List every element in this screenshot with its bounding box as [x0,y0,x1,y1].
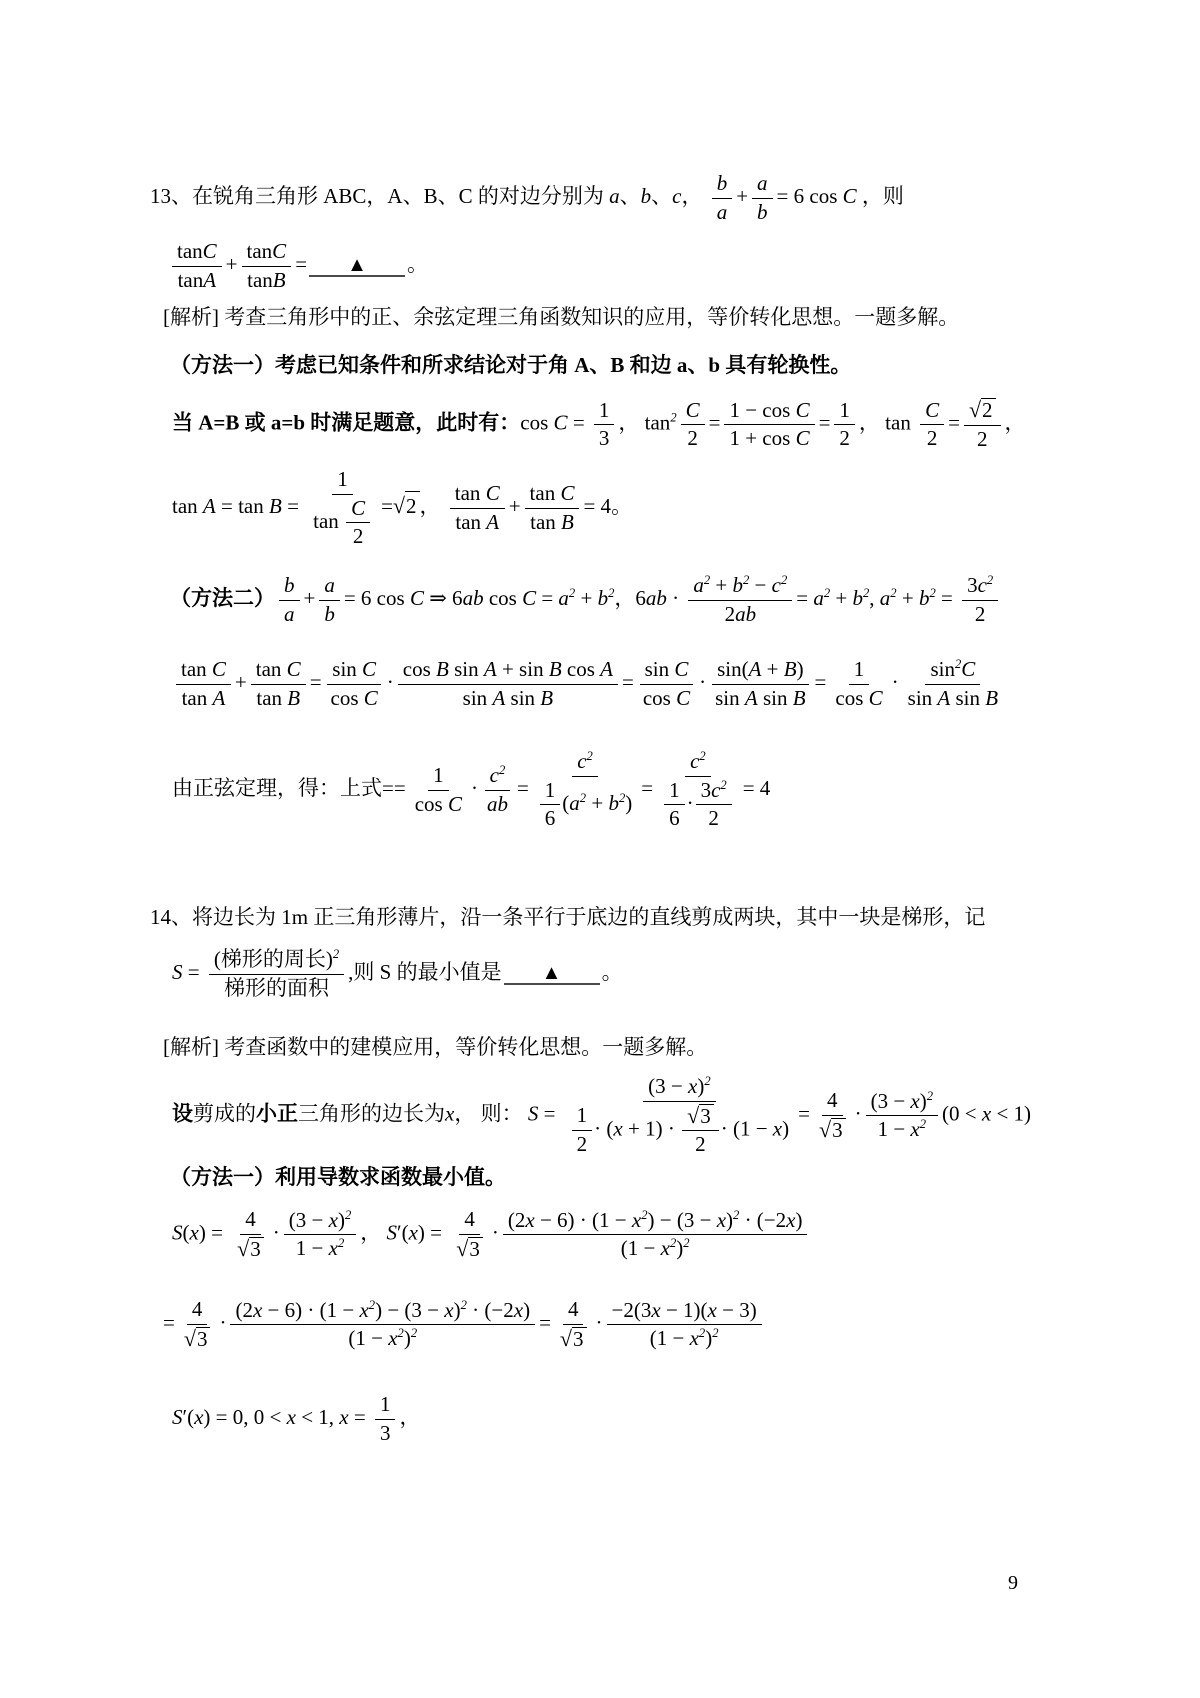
fraction: −2(3x − 1)(x − 3)(1 − x2)2 [607,1299,762,1351]
text-run: 。 [407,252,428,276]
text-run: (2 [508,1208,526,1232]
text-run: 2 [695,1132,706,1156]
text-run: b [608,790,619,814]
text-run: 4 [192,1297,203,1321]
fraction: (3 − x)21 − x2 [866,1090,938,1142]
text-run: ab [646,586,667,610]
text-run: [解析] 考查三角形中的正、余弦定理三角函数知识的应用，等价转化思想。一题多解。 [163,305,959,329]
problem-14-method-1-heading: （方法一）利用导数求函数最小值。 [170,1163,506,1191]
text-run: = [815,670,827,694]
text-run: x [613,1116,622,1140]
text-run: ab [463,586,484,610]
text-run: C [925,398,939,422]
fraction: 1tan C2 [308,468,377,549]
fraction: c2ab [482,764,513,816]
text-run: ， [681,184,707,208]
text-run: cos [520,410,553,434]
text-run: = [349,1405,371,1429]
bold-text: 设 [172,1102,193,1126]
fraction: √22 [964,398,1001,451]
text-run: a [717,200,728,224]
bold-text: 当 A=B 或 a=b 时满足题意，此时有： [172,410,520,434]
text-run: x [329,1208,338,1232]
fraction: (3 − x)21 − x2 [284,1209,356,1261]
text-run: cos [403,657,436,681]
derivative-line-2: =4√3·(2x − 6) · (1 − x2) − (3 − x)2 · (−… [163,1298,766,1351]
text-run: 2 [353,524,364,548]
fraction: (梯形的周长)2梯形的面积 [209,948,344,1000]
text-run: S [528,1102,539,1126]
text-run: + 1) · [623,1116,680,1140]
text-run: c [711,778,720,802]
text-run: 1 [380,1392,391,1416]
text-run: S [172,1405,183,1429]
problem-13-statement: 13、在锐角三角形 ABC，A、B、C 的对边分别为 a、b、c， ba+ab=… [150,172,904,224]
text-run: ab [487,792,508,816]
text-run: · [492,1220,499,1244]
fraction: 4√3 [451,1208,488,1261]
text-run: 1 [599,398,610,422]
fraction: 13 [594,399,615,451]
text-run: C [843,184,857,208]
text-run: = tan [216,494,269,518]
text-run: 2 [720,778,726,792]
fraction: C2 [346,497,370,549]
text-run: a [693,573,704,597]
text-run: tan [455,510,486,534]
method-1-heading: （方法一）考虑已知条件和所求结论对于角 A、B 和边 a、b 具有轮换性。 [170,351,851,379]
text-run: B [549,657,562,681]
text-run: c [577,749,586,773]
text-run: cos [562,657,601,681]
problem-14-setup-line: 设剪成的小正三角形的边长为x， 则： S = (3 − x)212· (x + … [172,1075,1031,1157]
text-run: 2 [699,749,705,763]
text-run: cos [484,586,523,610]
text-run: C [522,586,536,610]
text-run: ) [625,790,632,814]
page-number: 9 [1008,1572,1018,1595]
text-run: = [163,1310,175,1334]
text-run: = [310,670,322,694]
text-run: = [622,670,634,694]
fraction: cos B sin A + sin B cos Asin A sin B [398,658,618,710]
text-run: ′( [183,1405,195,1429]
fraction: tanCtanA [172,240,222,292]
text-run: C [448,792,462,816]
text-run: sin [505,686,540,710]
text-run: ) [404,1326,411,1350]
text-run: 三角形的边长为 [298,1102,445,1126]
text-run: 4 [568,1297,579,1321]
fraction: tan Ctan B [251,658,306,710]
fraction: ba [712,172,733,224]
text-run: C [351,496,365,520]
text-run: x [388,1326,397,1350]
text-run: 剪成的 [193,1102,256,1126]
text-run: + [761,657,783,681]
fraction: sin(A + B)sin A sin B [710,658,810,710]
text-run: x [514,1298,523,1322]
text-run: ， 则： [454,1102,528,1126]
text-run: B [985,686,998,710]
text-run: − 1)( [661,1298,708,1322]
text-run: C [212,657,226,681]
bold-text: （方法一）利用导数求函数最小值。 [170,1165,506,1189]
method-2-formula-line-2: tan Ctan A+tan Ctan B=sin Ccos C·cos B s… [172,658,1007,710]
text-run: ) [795,1208,802,1232]
text-run: 2 [411,1326,417,1340]
text-run: 3 [701,778,712,802]
text-run: + [304,586,316,610]
text-run: · [667,586,685,610]
text-run: · (1 − [721,1116,773,1140]
derivative-line-3: S′(x) = 0, 0 < x < 1, x = 13， [172,1393,420,1445]
text-run: = [641,776,653,800]
text-run: sin [463,686,493,710]
text-run: x [329,1236,338,1260]
text-run: A [600,657,613,681]
text-run: + [226,252,238,276]
text-run: 2 [927,1089,933,1103]
fraction: 3c22 [696,779,732,831]
text-run: 2 [704,1074,710,1088]
text-run: sin [758,686,793,710]
sqrt: √3 [560,1327,587,1352]
text-run: ， [614,586,635,610]
text-run: 2 [345,1208,351,1222]
text-run: = [295,252,307,276]
text-run: + [235,670,247,694]
text-run: ) − (3 − [648,1208,717,1232]
problem-14-analysis: [解析] 考查函数中的建模应用，等价转化思想。一题多解。 [163,1033,707,1061]
text-run: 1 [577,1103,588,1127]
fraction: 1cos C [830,658,887,710]
text-run: x [717,1208,726,1232]
text-run: + sin [497,657,549,681]
text-run: S [172,1220,183,1244]
text-run: ) [454,1298,461,1322]
text-run: ，则 [857,184,904,208]
problem-13-analysis: [解析] 考查三角形中的正、余弦定理三角函数知识的应用，等价转化思想。一题多解。 [163,303,959,331]
fraction: 1cos C [410,764,467,816]
sqrt: √2 [393,491,420,521]
fraction: 12 [572,1104,593,1156]
fraction: tan Ctan A [176,658,231,710]
text-run: 2 [683,1236,689,1250]
text-run: C [554,410,568,434]
text-run: sin [908,686,938,710]
text-run: ) − (3 − [375,1298,444,1322]
text-run: sin( [717,657,749,681]
text-run: b [733,573,744,597]
sqrt: √3 [237,1237,264,1262]
problem-14-statement: 14、将边长为 1m 正三角形薄片，沿一条平行于底边的直线剪成两块，其中一块是梯… [150,903,985,931]
text-run: 。 [602,960,623,984]
fraction: tan Ctan B [525,482,580,534]
text-run: b [757,200,768,224]
text-run: 2 [587,749,593,763]
text-run: < 1) [991,1102,1031,1126]
text-run: sin [930,657,955,681]
text-run: tan [645,410,671,434]
sqrt: √2 [969,398,996,423]
fraction: 1 − cos C1 + cos C [724,399,814,451]
text-run: x [339,1405,348,1429]
text-run: sin [449,657,484,681]
text-run: 2 [920,1118,926,1132]
text-run: = [539,1310,551,1334]
fraction: 4√3 [814,1089,851,1142]
text-run: ) [338,1208,345,1232]
text-run: 1 − [296,1236,329,1260]
text-run: < 1, [296,1405,339,1429]
text-run: c [978,573,987,597]
text-run: tan [247,239,273,263]
text-run: 1 [545,778,556,802]
text-run: 3 [380,1421,391,1445]
text-run: A [203,268,216,292]
fraction: a2 + b2 − c22ab [688,574,792,626]
text-run: 梯形的面积 [224,976,329,1000]
text-run: x [409,1220,418,1244]
text-run: tan [885,410,916,434]
text-run: B [784,657,797,681]
text-run: 13、在锐角三角形 ABC，A、B、C 的对边分别为 [150,184,609,208]
text-run: · [387,670,394,694]
text-run: x [359,1298,368,1322]
text-run: 4 [464,1207,475,1231]
text-run: C [686,398,700,422]
text-run: ， [360,1220,386,1244]
text-run: = [536,586,558,610]
text-run: 14、将边长为 1m 正三角形薄片，沿一条平行于底边的直线剪成两块，其中一块是梯… [150,905,985,929]
problem-14-formula: S = (梯形的周长)2梯形的面积,则 S 的最小值是▲。 [172,948,623,1000]
text-run: C [287,657,301,681]
text-run: A [745,686,758,710]
fraction: (2x − 6) · (1 − x2) − (3 − x)2 · (−2x)(1… [230,1299,535,1351]
answer-blank-triangle: ▲ [504,963,600,985]
text-run: a [324,573,335,597]
fraction: sin Ccos C [326,658,383,710]
text-run: = [381,494,393,518]
text-run: ( [183,1220,190,1244]
text-run: cos [331,686,364,710]
text-run: ) [782,1116,789,1140]
text-run: b [641,184,652,208]
text-run: A [213,686,226,710]
text-run: ) [523,1298,530,1322]
text-run: x [690,1326,699,1350]
text-run: C [364,686,378,710]
text-run: tan [177,239,203,263]
method-1-formula-line-2: tan A = tan B = 1tan C2=√2， tan Ctan A+t… [172,468,632,549]
fraction: 16 [540,779,561,831]
text-run: + [575,586,597,610]
text-run: A [937,686,950,710]
text-run: (0 < [942,1102,982,1126]
fraction: C2 [681,399,705,451]
fraction: ab [319,574,340,626]
text-run: 2 [338,1236,344,1250]
text-run: = [568,410,590,434]
text-run: · [596,1310,603,1334]
text-run: 1 + cos [729,426,795,450]
text-run: 2 [708,806,719,830]
text-run: S [387,1220,398,1244]
text-run: x [661,1236,670,1260]
text-run: a [880,586,891,610]
text-run: ， [420,494,446,518]
bold-text: （方法二） [170,586,275,610]
document-page: 13、在锐角三角形 ABC，A、B、C 的对边分别为 a、b、c， ba+ab=… [0,0,1200,1698]
text-run: C [362,657,376,681]
text-run: · [699,670,706,694]
text-run: tan [172,494,203,518]
text-run: 2 [781,573,787,587]
text-run: x [688,1074,697,1098]
text-run: , [869,586,880,610]
text-run: x [445,1102,454,1126]
text-run: = [936,586,958,610]
text-run: 2 [987,573,993,587]
fraction: 16 [664,779,685,831]
text-run: − [749,573,771,597]
text-run: ) [726,1208,733,1232]
text-run: 2 [712,1326,718,1340]
text-run: = 6 cos [344,586,410,610]
text-run: C [676,686,690,710]
text-run: ) = 0, 0 < [203,1405,286,1429]
text-run: (3 − [871,1089,911,1113]
text-run: a [757,171,768,195]
text-run: 2 [577,1132,588,1156]
text-run: 1 [839,398,850,422]
text-run: 2 [839,426,850,450]
text-run: = 6 cos [777,184,843,208]
text-run: tan [256,657,287,681]
text-run: 6 [545,806,556,830]
text-run: x [982,1102,991,1126]
text-run: 2 [927,426,938,450]
text-run: = [798,1102,810,1126]
text-run: A [492,686,505,710]
text-run: ， [618,410,644,434]
sqrt: √3 [819,1118,846,1143]
text-run: x [444,1298,453,1322]
text-run: C [560,481,574,505]
text-run: + [710,573,732,597]
text-run: ,则 S 的最小值是 [348,960,501,984]
text-run: C [796,398,810,422]
text-run: a [284,602,295,626]
text-run: 3 [967,573,978,597]
text-run: C [486,481,500,505]
text-run: · [471,776,478,800]
text-run: a [558,586,569,610]
text-run: + [830,586,852,610]
text-run: ) = [418,1220,447,1244]
text-run: = [538,1102,560,1126]
text-run: = [282,494,304,518]
text-run: ， [1005,410,1026,434]
text-run: x [253,1298,262,1322]
text-run: 1 − [878,1117,911,1141]
text-run: C [796,426,810,450]
text-run: sin [950,686,985,710]
text-run: B [561,510,574,534]
text-run: tan [178,268,204,292]
fraction: tan Ctan A [450,482,505,534]
text-run: 2 [670,411,676,425]
text-run: (梯形的周长) [214,947,333,971]
text-run: 1 [337,467,348,491]
text-run: tan [181,657,212,681]
fraction: 4√3 [555,1298,592,1351]
text-run: cos [643,686,676,710]
text-run: A [749,657,762,681]
text-run: · [219,1310,226,1334]
text-run: 、 [620,184,641,208]
text-run: b [717,171,728,195]
sqrt: √3 [456,1237,483,1262]
text-run: ) = [199,1220,228,1244]
text-run: 2 [977,427,988,451]
text-run: · [855,1102,862,1126]
text-run: b [598,586,609,610]
fraction: 3c22 [962,574,998,626]
text-run: B [793,686,806,710]
text-run: A [203,494,216,518]
sqrt: √3 [687,1104,714,1129]
text-run: 4 [245,1207,256,1231]
text-run: = [709,410,721,434]
text-run: · [273,1220,280,1244]
fraction: (2x − 6) · (1 − x2) − (3 − x)2 · (−2x)(1… [503,1209,808,1261]
problem-13-answer-blank: tanCtanA+tanCtanB=▲。 [168,240,428,292]
answer-blank-triangle: ▲ [309,255,405,277]
text-run: −2(3 [612,1298,652,1322]
text-run: x [910,1089,919,1113]
text-run: b [853,586,864,610]
text-run: cos [835,686,868,710]
fraction: tanCtanB [242,240,292,292]
text-run: 2 [975,602,986,626]
text-run: = [517,776,529,800]
text-run: 由正弦定理，得：上式== [172,776,406,800]
bold-text: （方法一）考虑已知条件和所求结论对于角 A、B 和边 a、b 具有轮换性。 [170,353,851,377]
text-run: x [632,1208,641,1232]
text-run: ′( [397,1220,409,1244]
text-run: C [961,657,975,681]
text-run: (1 − [650,1326,690,1350]
text-run: a [609,184,620,208]
text-run: A [486,510,499,534]
text-run: B [273,268,286,292]
fraction: 4√3 [232,1208,269,1261]
text-run: c [690,749,699,773]
text-run: tan [455,481,486,505]
text-run: + [736,184,748,208]
text-run: = [948,410,960,434]
text-run: c [772,573,781,597]
text-run: x [287,1405,296,1429]
text-run: (3 − [648,1074,688,1098]
text-run: 1 [433,763,444,787]
text-run: 1 [854,657,865,681]
text-run: S [172,960,183,984]
text-run: − 6) · (1 − [262,1298,359,1322]
text-run: · [687,790,694,814]
